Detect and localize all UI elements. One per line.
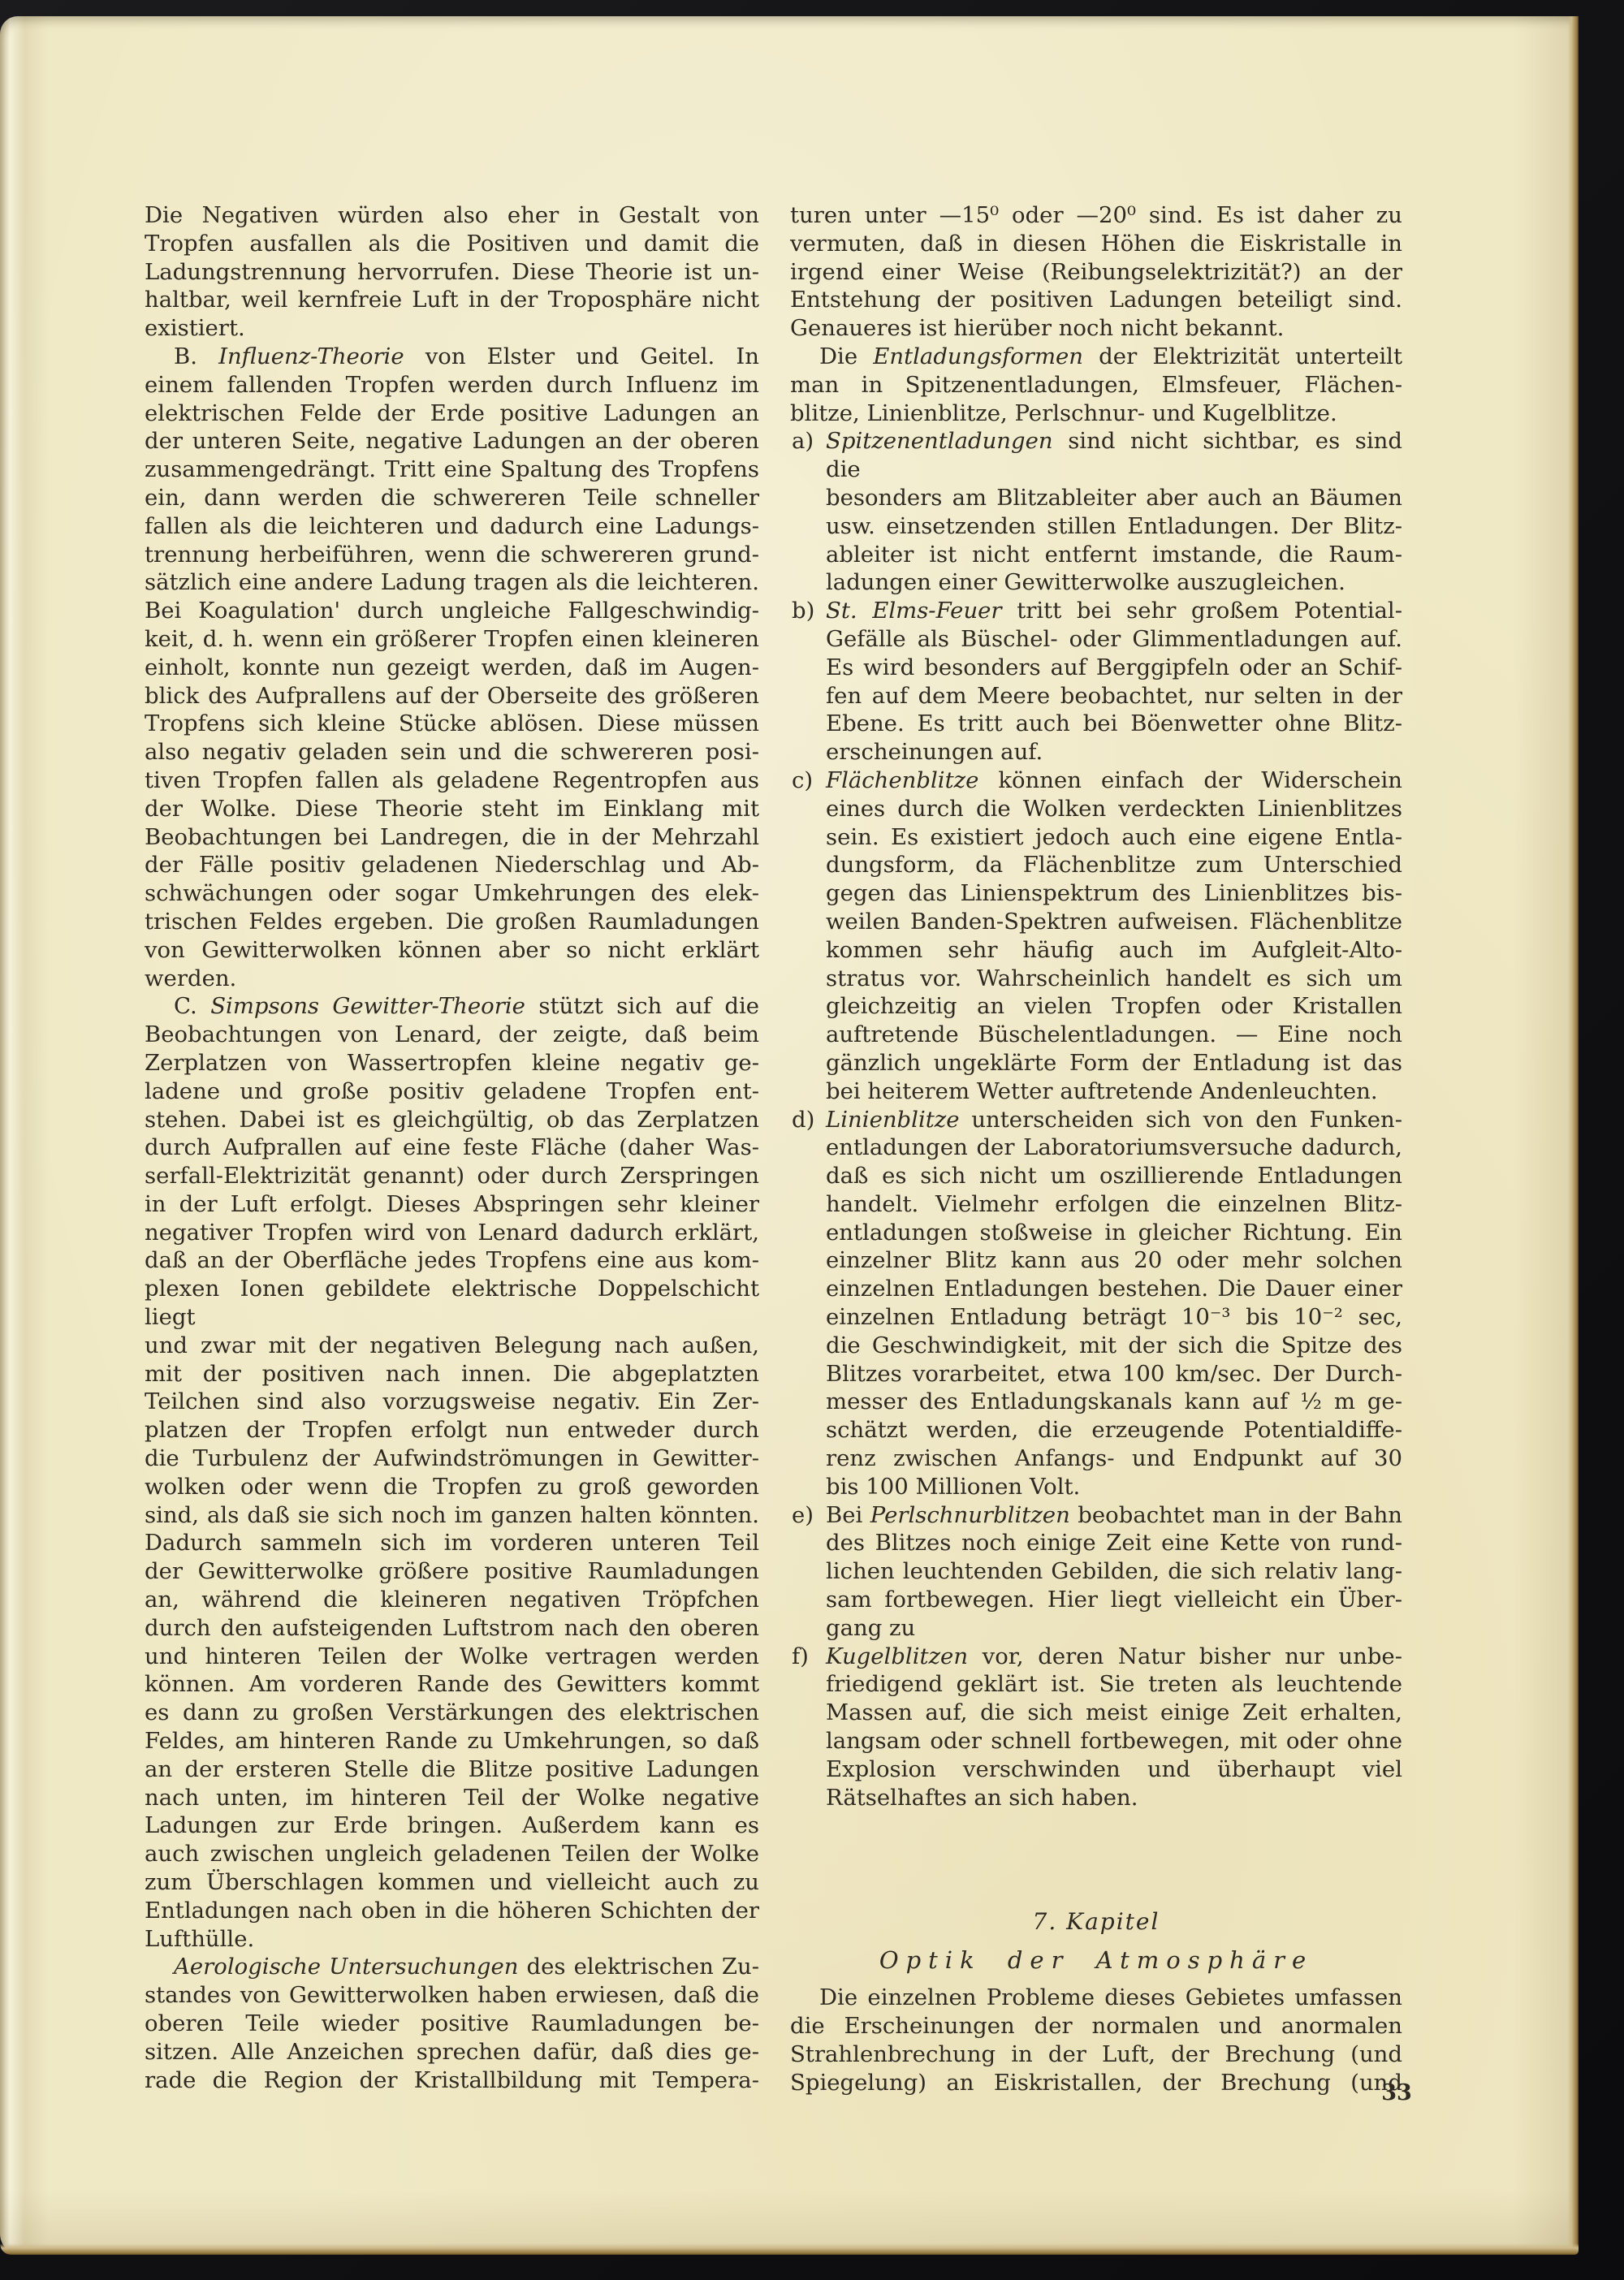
text-line: irgend einer Weise (Reibungselektrizität… bbox=[790, 258, 1402, 287]
text-line: blitze, Linienblitze, Perlschnur- und Ku… bbox=[790, 399, 1402, 428]
text-line: Blitzes vorarbeitet, etwa 100 km/sec. De… bbox=[826, 1360, 1402, 1388]
text-line: fallen als die leichteren und dadurch ei… bbox=[145, 512, 759, 541]
text-line: handelt. Vielmehr erfolgen die einzelnen… bbox=[826, 1190, 1402, 1219]
text-line: nach unten, im hinteren Teil der Wolke n… bbox=[145, 1784, 759, 1812]
text-line: sind, als daß sie sich noch im ganzen ha… bbox=[145, 1501, 759, 1530]
text-line: es dann zu großen Verstärkungen des elek… bbox=[145, 1699, 759, 1727]
list-item: e)Bei Perlschnurblitzen beobachtet man i… bbox=[790, 1501, 1402, 1643]
text-line: sam fortbewegen. Hier liegt vielleicht e… bbox=[826, 1586, 1402, 1614]
paragraph: turen unter —15⁰ oder —20⁰ sind. Es ist … bbox=[790, 201, 1402, 343]
text-line: der Gewitterwolke größere positive Rauml… bbox=[145, 1557, 759, 1586]
list-item: b)St. Elms-Feuer tritt bei sehr großem P… bbox=[790, 597, 1402, 766]
text-line: und zwar mit der negativen Belegung nach… bbox=[145, 1332, 759, 1360]
paragraph: C. Simpsons Gewitter-Theorie stützt sich… bbox=[145, 992, 759, 1953]
text-line: standes von Gewitterwolken haben erwiese… bbox=[145, 1981, 759, 2010]
list-item: d)Linienblitze unterscheiden sich von de… bbox=[790, 1106, 1402, 1501]
text-line: Linienblitze unterscheiden sich von den … bbox=[826, 1106, 1402, 1134]
text-line: gang zu bbox=[826, 1614, 1402, 1643]
text-line: an, während die kleineren negativen Tröp… bbox=[145, 1586, 759, 1614]
text-line: bis 100 Millionen Volt. bbox=[826, 1473, 1402, 1501]
text-line: vermuten, daß in diesen Höhen die Eiskri… bbox=[790, 230, 1402, 258]
text-line: auftretende Büschelentladungen. — Eine n… bbox=[826, 1021, 1402, 1049]
text-line: Beobachtungen bei Landregen, die in der … bbox=[145, 823, 759, 852]
text-line: an der ersteren Stelle die Blitze positi… bbox=[145, 1755, 759, 1784]
text-line: B. Influenz-Theorie von Elster und Geite… bbox=[145, 343, 759, 371]
text-line: die Geschwindigkeit, mit der sich die Sp… bbox=[826, 1332, 1402, 1360]
list-marker: c) bbox=[792, 766, 813, 795]
book-photo: { "page": { "number": "33" }, "colors": … bbox=[0, 0, 1624, 2280]
text-line: elektrischen Felde der Erde positive Lad… bbox=[145, 399, 759, 428]
text-line: der Fälle positiv geladenen Niederschlag… bbox=[145, 851, 759, 879]
text-line: keit, d. h. wenn ein größerer Tropfen ei… bbox=[145, 625, 759, 654]
text-line: durch Aufprallen auf eine feste Fläche (… bbox=[145, 1134, 759, 1162]
text-line: Kugelblitzen vor, deren Natur bisher nur… bbox=[826, 1643, 1402, 1671]
text-line: trennung herbeiführen, wenn die schwerer… bbox=[145, 541, 759, 569]
text-line: mit der positiven nach innen. Die abgepl… bbox=[145, 1360, 759, 1388]
text-line: C. Simpsons Gewitter-Theorie stützt sich… bbox=[145, 992, 759, 1021]
text-line: rade die Region der Kristallbildung mit … bbox=[145, 2066, 759, 2095]
text-line: St. Elms-Feuer tritt bei sehr großem Pot… bbox=[826, 597, 1402, 625]
text-line: ladungen einer Gewitterwolke auszugleich… bbox=[826, 568, 1402, 597]
text-line: Entladungen nach oben in die höheren Sch… bbox=[145, 1897, 759, 1925]
list-marker: b) bbox=[792, 597, 814, 625]
text-line: Die einzelnen Probleme dieses Gebietes u… bbox=[790, 1984, 1402, 2012]
text-line: Feldes, am hinteren Rande zu Umkehrungen… bbox=[145, 1727, 759, 1755]
text-line: Lufthülle. bbox=[145, 1925, 759, 1954]
text-line: der Wolke. Diese Theorie steht im Einkla… bbox=[145, 795, 759, 823]
page-number: 33 bbox=[1332, 2080, 1462, 2105]
text-line: Flächenblitze können einfach der Widersc… bbox=[826, 766, 1402, 795]
text-line: kommen sehr häufig auch im Aufgleit-Alto… bbox=[826, 936, 1402, 965]
text-line: daß es sich nicht um oszillierende Entla… bbox=[826, 1162, 1402, 1190]
paragraph: Die Entladungsformen der Elektrizität un… bbox=[790, 343, 1402, 427]
text-line: lichen leuchtenden Gebilden, die sich re… bbox=[826, 1557, 1402, 1586]
right-column: turen unter —15⁰ oder —20⁰ sind. Es ist … bbox=[790, 201, 1402, 2097]
text-line: Tropfens sich kleine Stücke ablösen. Die… bbox=[145, 710, 759, 738]
text-line: turen unter —15⁰ oder —20⁰ sind. Es ist … bbox=[790, 201, 1402, 230]
text-line: Ladungstrennung hervorrufen. Diese Theor… bbox=[145, 258, 759, 287]
text-line: schwächungen oder sogar Umkehrungen des … bbox=[145, 879, 759, 908]
text-line: friedigend geklärt ist. Sie treten als l… bbox=[826, 1670, 1402, 1699]
text-line: sätzlich eine andere Ladung tragen als d… bbox=[145, 568, 759, 597]
paragraph: Die einzelnen Probleme dieses Gebietes u… bbox=[790, 1984, 1402, 2096]
text-line: eines durch die Wolken verdeckten Linien… bbox=[826, 795, 1402, 823]
text-line: dungsform, da Flächenblitze zum Untersch… bbox=[826, 851, 1402, 879]
text-line: Ebene. Es tritt auch bei Böenwetter ohne… bbox=[826, 710, 1402, 738]
text-line: werden. bbox=[145, 965, 759, 993]
text-line: einem fallenden Tropfen werden durch Inf… bbox=[145, 371, 759, 399]
text-line: einzelner Blitz kann aus 20 oder mehr so… bbox=[826, 1246, 1402, 1275]
text-line: entladungen der Laboratoriumsversuche da… bbox=[826, 1134, 1402, 1162]
page-edge-right bbox=[1568, 16, 1579, 2255]
text-line: Die Negativen würden also eher in Gestal… bbox=[145, 201, 759, 230]
text-line: plexen Ionen gebildete elektrische Doppe… bbox=[145, 1275, 759, 1332]
text-line: ein, dann werden die schwereren Teile sc… bbox=[145, 484, 759, 512]
paragraph: Aerologische Untersuchungen des elektris… bbox=[145, 1953, 759, 2094]
text-line: Entstehung der positiven Ladungen beteil… bbox=[790, 286, 1402, 314]
text-line: Strahlenbrechung in der Luft, der Brechu… bbox=[790, 2040, 1402, 2069]
text-line: Explosion verschwinden und überhaupt vie… bbox=[826, 1755, 1402, 1784]
text-line: der unteren Seite, negative Ladungen an … bbox=[145, 427, 759, 456]
chapter-heading: 7. Kapitel bbox=[790, 1906, 1402, 1938]
text-line: platzen der Tropfen erfolgt nun entweder… bbox=[145, 1416, 759, 1444]
text-line: auch zwischen ungleich geladenen Teilen … bbox=[145, 1840, 759, 1868]
text-line: Bei Koagulation' durch ungleiche Fallges… bbox=[145, 597, 759, 625]
text-line: existiert. bbox=[145, 314, 759, 343]
text-line: einzelnen Entladung beträgt 10⁻³ bis 10⁻… bbox=[826, 1303, 1402, 1332]
text-line: man in Spitzenentladungen, Elmsfeuer, Fl… bbox=[790, 371, 1402, 399]
page-edge-bottom bbox=[0, 2243, 1579, 2255]
text-line: einzelnen Entladungen bestehen. Die Daue… bbox=[826, 1275, 1402, 1303]
text-line: schätzt werden, die erzeugende Potential… bbox=[826, 1416, 1402, 1444]
text-line: Die Entladungsformen der Elektrizität un… bbox=[790, 343, 1402, 371]
text-line: negativer Tropfen wird von Lenard dadurc… bbox=[145, 1219, 759, 1247]
text-line: renz zwischen Anfangs- und Endpunkt auf … bbox=[826, 1444, 1402, 1473]
text-line: Genaueres ist hierüber noch nicht bekann… bbox=[790, 314, 1402, 343]
text-line: in der Luft erfolgt. Dieses Abspringen s… bbox=[145, 1190, 759, 1219]
text-line: Rätselhaftes an sich haben. bbox=[826, 1784, 1402, 1812]
text-line: tiven Tropfen fallen als geladene Regent… bbox=[145, 766, 759, 795]
text-line: Beobachtungen von Lenard, der zeigte, da… bbox=[145, 1021, 759, 1049]
paragraph: Die Negativen würden also eher in Gestal… bbox=[145, 201, 759, 343]
text-line: bei heiterem Wetter auftretende Andenleu… bbox=[826, 1077, 1402, 1106]
text-line: und hinteren Teilen der Wolke vertragen … bbox=[145, 1643, 759, 1671]
text-line: besonders am Blitzableiter aber auch an … bbox=[826, 484, 1402, 512]
left-column: Die Negativen würden also eher in Gestal… bbox=[145, 201, 759, 2094]
text-line: trischen Feldes ergeben. Die großen Raum… bbox=[145, 908, 759, 936]
text-line: fen auf dem Meere beobachtet, nur selten… bbox=[826, 682, 1402, 710]
text-line: oberen Teile wieder positive Raumladunge… bbox=[145, 2010, 759, 2038]
text-line: Teilchen sind also vorzugsweise negativ.… bbox=[145, 1388, 759, 1416]
text-line: blick des Aufprallens auf der Oberseite … bbox=[145, 682, 759, 710]
text-line: wolken oder wenn die Tropfen zu groß gew… bbox=[145, 1473, 759, 1501]
text-line: des Blitzes noch einige Zeit eine Kette … bbox=[826, 1529, 1402, 1557]
text-line: von Gewitterwolken können aber so nicht … bbox=[145, 936, 759, 965]
text-line: Tropfen ausfallen als die Positiven und … bbox=[145, 230, 759, 258]
text-line: stratus vor. Wahrscheinlich handelt es s… bbox=[826, 965, 1402, 993]
text-line: Aerologische Untersuchungen des elektris… bbox=[145, 1953, 759, 1981]
text-line: zusammengedrängt. Tritt eine Spaltung de… bbox=[145, 456, 759, 484]
text-line: zum Überschlagen kommen und vielleicht a… bbox=[145, 1868, 759, 1897]
text-line: stehen. Dabei ist es gleichgültig, ob da… bbox=[145, 1106, 759, 1134]
text-line: Zerplatzen von Wassertropfen kleine nega… bbox=[145, 1049, 759, 1077]
book-page: Die Negativen würden also eher in Gestal… bbox=[0, 16, 1579, 2255]
text-line: ladene und große positiv geladene Tropfe… bbox=[145, 1077, 759, 1106]
text-line: Ladungen zur Erde bringen. Außerdem kann… bbox=[145, 1811, 759, 1840]
text-line: gegen das Linienspektrum des Linienblitz… bbox=[826, 879, 1402, 908]
list-marker: f) bbox=[792, 1643, 809, 1671]
list-item: c)Flächenblitze können einfach der Wider… bbox=[790, 766, 1402, 1106]
text-line: gleichzeitig an vielen Tropfen oder Kris… bbox=[826, 992, 1402, 1021]
text-line: weilen Banden-Spektren aufweisen. Fläche… bbox=[826, 908, 1402, 936]
text-line: Dadurch sammeln sich im vorderen unteren… bbox=[145, 1529, 759, 1557]
text-line: serfall-Elektrizität genannt) oder durch… bbox=[145, 1162, 759, 1190]
text-line: Gefälle als Büschel- oder Glimmentladung… bbox=[826, 625, 1402, 654]
text-line: Es wird besonders auf Berggipfeln oder a… bbox=[826, 654, 1402, 682]
text-line: einholt, konnte nun gezeigt werden, daß … bbox=[145, 654, 759, 682]
text-line: können. Am vorderen Rande des Gewitters … bbox=[145, 1670, 759, 1699]
text-line: Massen auf, die sich meist einige Zeit e… bbox=[826, 1699, 1402, 1727]
text-line: die Turbulenz der Aufwindströmungen in G… bbox=[145, 1444, 759, 1473]
chapter-title: Optik der Atmosphäre bbox=[790, 1943, 1402, 1977]
text-line: die Erscheinungen der normalen und anorm… bbox=[790, 2012, 1402, 2040]
text-line: sitzen. Alle Anzeichen sprechen dafür, d… bbox=[145, 2038, 759, 2066]
text-line: gänzlich ungeklärte Form der Entladung i… bbox=[826, 1049, 1402, 1077]
list-marker: e) bbox=[792, 1501, 814, 1530]
text-line: daß an der Oberfläche jedes Tropfens ein… bbox=[145, 1246, 759, 1275]
paragraph: B. Influenz-Theorie von Elster und Geite… bbox=[145, 343, 759, 992]
list-item: f)Kugelblitzen vor, deren Natur bisher n… bbox=[790, 1643, 1402, 1812]
text-line: Spitzenentladungen sind nicht sichtbar, … bbox=[826, 427, 1402, 484]
text-line: entladungen stoßweise in gleicher Richtu… bbox=[826, 1219, 1402, 1247]
list-marker: d) bbox=[792, 1106, 814, 1134]
text-line: usw. einsetzenden stillen Entladungen. D… bbox=[826, 512, 1402, 541]
text-line: Bei Perlschnurblitzen beobachtet man in … bbox=[826, 1501, 1402, 1530]
text-line: messer des Entladungskanals kann auf ½ m… bbox=[826, 1388, 1402, 1416]
text-line: haltbar, weil kernfreie Luft in der Trop… bbox=[145, 286, 759, 314]
text-line: also negativ geladen sein und die schwer… bbox=[145, 738, 759, 766]
text-line: durch den aufsteigenden Luftstrom nach d… bbox=[145, 1614, 759, 1643]
text-line: erscheinungen auf. bbox=[826, 738, 1402, 766]
list-item: a)Spitzenentladungen sind nicht sichtbar… bbox=[790, 427, 1402, 597]
list-marker: a) bbox=[792, 427, 814, 456]
text-line: sein. Es existiert jedoch auch eine eige… bbox=[826, 823, 1402, 852]
text-line: Spiegelung) an Eiskristallen, der Brechu… bbox=[790, 2069, 1402, 2097]
text-line: langsam oder schnell fortbewegen, mit od… bbox=[826, 1727, 1402, 1755]
text-line: ableiter ist nicht entfernt imstande, di… bbox=[826, 541, 1402, 569]
